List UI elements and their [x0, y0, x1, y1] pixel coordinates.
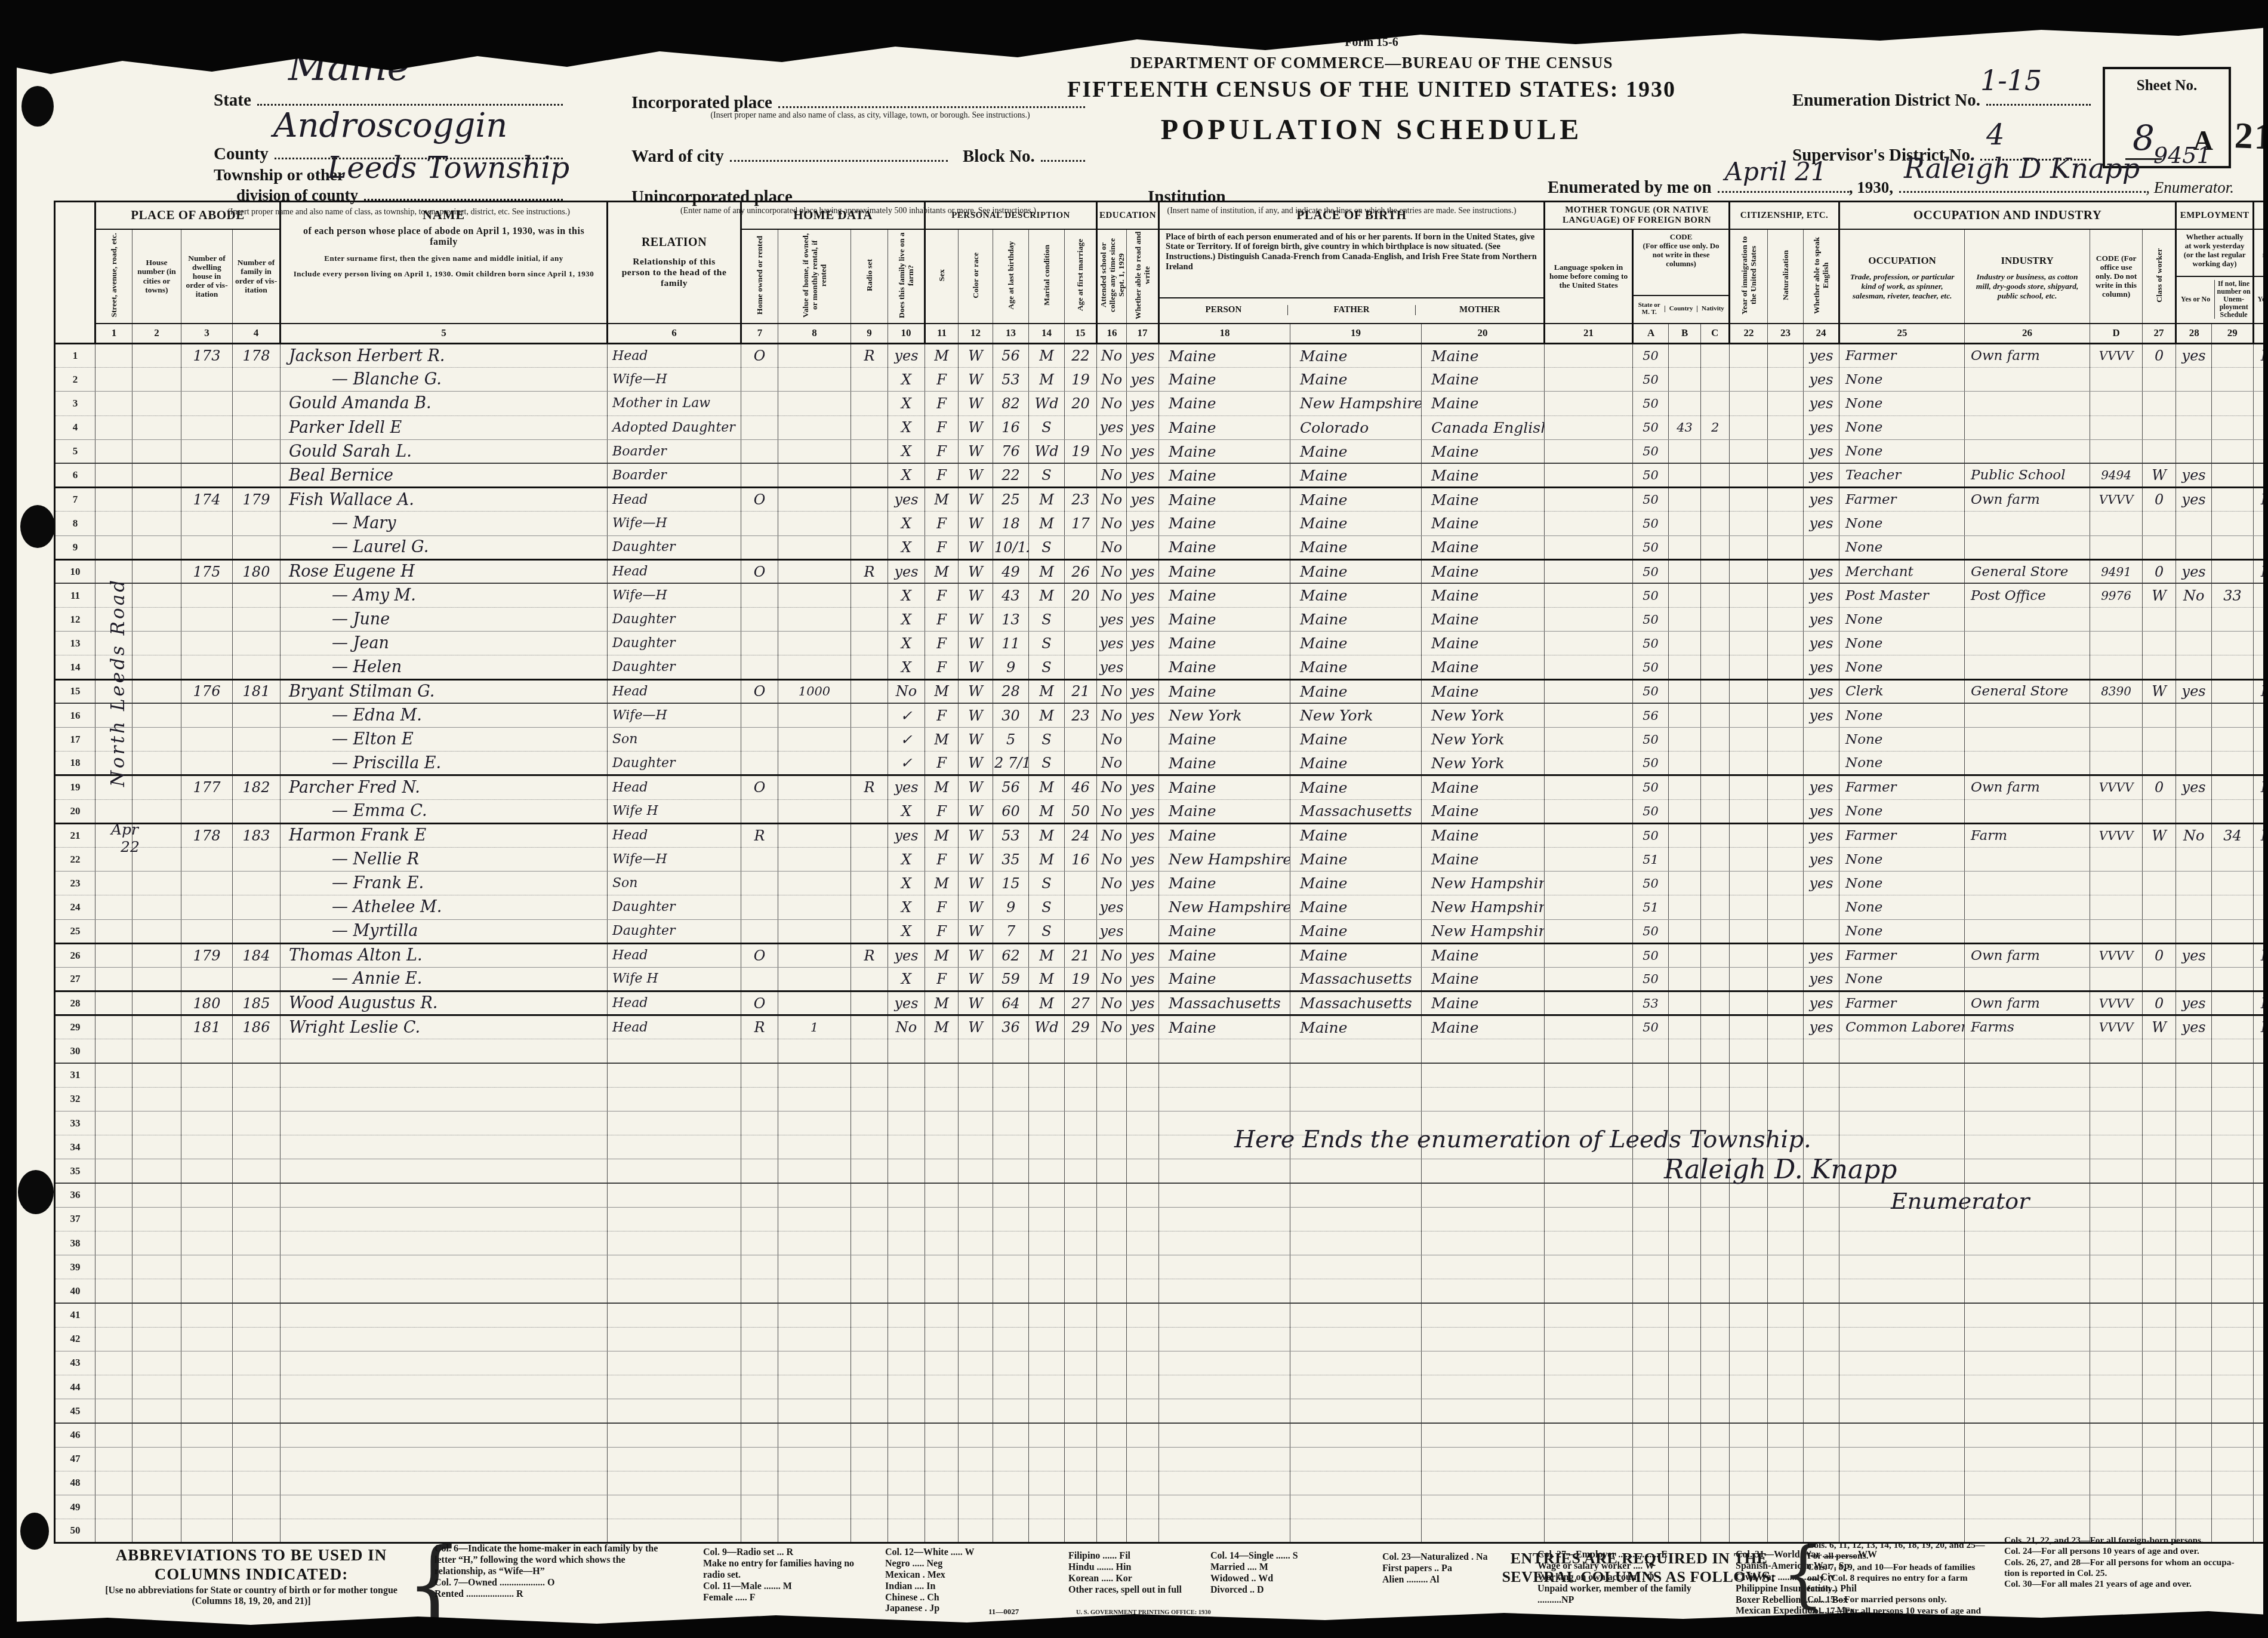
cell-c3: [181, 1135, 233, 1159]
cell-cB: [1669, 1495, 1701, 1519]
cell-c27: W: [2143, 1015, 2176, 1039]
cell-c5: — June: [281, 608, 608, 632]
cell-c21: [1545, 943, 1633, 967]
cell-c22: [1730, 943, 1768, 967]
cell-c4: [233, 1279, 281, 1303]
cell-cD: [2090, 439, 2143, 463]
cell-cC: [1701, 728, 1730, 752]
line-number: 43: [55, 1351, 95, 1375]
cell-c6: Daughter: [608, 535, 741, 559]
cell-c14: S: [1029, 895, 1065, 919]
cell-c17: [1127, 1423, 1159, 1447]
cell-c12: W: [959, 368, 993, 392]
cell-c8: [778, 703, 851, 727]
cell-c26: [1965, 368, 2090, 392]
cell-c24: [1804, 1231, 1839, 1255]
cell-c14: S: [1029, 463, 1065, 487]
cell-c10: yes: [888, 344, 925, 368]
cell-c29: [2212, 1447, 2254, 1471]
cell-c28: yes: [2176, 943, 2212, 967]
cell-cD: [2090, 1423, 2143, 1447]
cell-c19: [1290, 1327, 1422, 1351]
cell-c22: [1730, 1183, 1768, 1207]
cell-cB: [1669, 439, 1701, 463]
table-row: 12— JuneDaughterXFW13SyesyesMaineMaineMa…: [55, 608, 2268, 632]
cell-c8: [778, 415, 851, 439]
cell-c20: Maine: [1422, 608, 1545, 632]
cell-c6: Head: [608, 344, 741, 368]
cell-c12: [959, 1375, 993, 1399]
cell-c18: Maine: [1159, 439, 1290, 463]
col-header-speak-english: Whether able to speak English: [1804, 229, 1839, 324]
cell-c11: [925, 1375, 959, 1399]
cell-c7: [741, 1039, 778, 1063]
table-row: 21178183Harmon Frank EHeadRyesMW53M24Noy…: [55, 823, 2268, 847]
table-row: 13— JeanDaughterXFW11SyesyesMaineMaineMa…: [55, 632, 2268, 655]
cell-c23: [1768, 1303, 1804, 1327]
cell-c7: [741, 1255, 778, 1279]
cell-c19: [1290, 1303, 1422, 1327]
cell-c26: [1965, 1495, 2090, 1519]
table-row: 17— Elton ESon✓MW5SNoMaineMaineNew York5…: [55, 728, 2268, 752]
paper-sheet: Form 15-6 DEPARTMENT OF COMMERCE—BUREAU …: [17, 0, 2263, 1638]
cell-c22: [1730, 1303, 1768, 1327]
cell-c2: [132, 463, 181, 487]
cell-c17: [1127, 1471, 1159, 1495]
cell-c14: S: [1029, 535, 1065, 559]
cell-c11: F: [925, 847, 959, 871]
cell-c21: [1545, 919, 1633, 943]
cell-c18: Maine: [1159, 679, 1290, 703]
cell-c18: [1159, 1351, 1290, 1375]
cell-c10: X: [888, 872, 925, 895]
cell-c15: [1065, 1111, 1097, 1135]
cell-c16: No: [1097, 847, 1127, 871]
cell-c10: yes: [888, 559, 925, 583]
cell-c10: [888, 1255, 925, 1279]
cell-cD: [2090, 1279, 2143, 1303]
cell-c26: [1965, 872, 2090, 895]
cell-c16: No: [1097, 823, 1127, 847]
cell-c16: [1097, 1519, 1127, 1543]
cell-cC: [1701, 703, 1730, 727]
cell-c24: [1804, 1495, 1839, 1519]
cell-c21: [1545, 344, 1633, 368]
cell-c13: 15: [993, 872, 1029, 895]
cell-c2: [132, 1231, 181, 1255]
cell-c1: [95, 1471, 132, 1495]
cell-c15: [1065, 752, 1097, 775]
cell-c13: 5: [993, 728, 1029, 752]
line-number: 13: [55, 632, 95, 655]
cell-c2: [132, 1183, 181, 1207]
cell-c11: [925, 1063, 959, 1087]
cell-c27: [2143, 1447, 2176, 1471]
cell-c6: Son: [608, 728, 741, 752]
cell-cC: [1701, 559, 1730, 583]
cell-c14: M: [1029, 368, 1065, 392]
footer-col9-block: Col. 9—Radio set ... R Make no entry for…: [703, 1547, 870, 1603]
cell-c18: Maine: [1159, 823, 1290, 847]
cell-c11: F: [925, 919, 959, 943]
cell-c3: [181, 1231, 233, 1255]
cell-c8: [778, 992, 851, 1015]
cell-c2: [132, 967, 181, 991]
cell-c18: [1159, 1207, 1290, 1231]
cell-c9: [851, 1423, 888, 1447]
cell-c22: [1730, 679, 1768, 703]
cell-c22: [1730, 1279, 1768, 1303]
cell-c2: [132, 1519, 181, 1543]
cell-c12: W: [959, 919, 993, 943]
cell-c14: M: [1029, 703, 1065, 727]
cell-c29: [2212, 463, 2254, 487]
cell-c5: — Helen: [281, 655, 608, 679]
cell-c17: [1127, 535, 1159, 559]
cell-c2: [132, 872, 181, 895]
cell-c20: Maine: [1422, 775, 1545, 799]
cell-c29: [2212, 1063, 2254, 1087]
cell-cA: 50: [1633, 728, 1669, 752]
line-number: 40: [55, 1279, 95, 1303]
group-occupation-industry: OCCUPATION AND INDUSTRY: [1839, 202, 2176, 229]
cell-cC: 2: [1701, 415, 1730, 439]
cell-c17: yes: [1127, 799, 1159, 823]
cell-c19: [1290, 1231, 1422, 1255]
cell-c5: Harmon Frank E: [281, 823, 608, 847]
cell-c13: [993, 1351, 1029, 1375]
cell-c7: [741, 463, 778, 487]
cell-c21: [1545, 488, 1633, 512]
cell-c26: [1965, 1255, 2090, 1279]
cell-cC: [1701, 1279, 1730, 1303]
scan-left-edge: [0, 0, 17, 1638]
cell-c15: 23: [1065, 703, 1097, 727]
cell-c7: [741, 728, 778, 752]
cell-c29: [2212, 1303, 2254, 1327]
cell-c11: M: [925, 1015, 959, 1039]
cell-c18: [1159, 1255, 1290, 1279]
cell-c24: [1804, 1039, 1839, 1063]
cell-c25: [1839, 1231, 1965, 1255]
cell-c4: [233, 1351, 281, 1375]
cell-c4: [233, 415, 281, 439]
cell-c11: [925, 1519, 959, 1543]
cell-c22: [1730, 1375, 1768, 1399]
cell-c17: yes: [1127, 632, 1159, 655]
cell-c15: [1065, 1159, 1097, 1183]
cell-cB: [1669, 1327, 1701, 1351]
census-title: FIFTEENTH CENSUS OF THE UNITED STATES: 1…: [1013, 76, 1730, 103]
cell-c11: F: [925, 967, 959, 991]
name-sub1: of each person whose place of abode on A…: [282, 226, 605, 248]
cell-c28: [2176, 1351, 2212, 1375]
table-row: 4Parker Idell EAdopted DaughterXFW16Syes…: [55, 415, 2268, 439]
cell-c4: [233, 535, 281, 559]
cell-c15: [1065, 1399, 1097, 1423]
cell-c12: [959, 1279, 993, 1303]
cell-c20: Maine: [1422, 368, 1545, 392]
cell-c19: [1290, 1399, 1422, 1423]
cell-c16: [1097, 1279, 1127, 1303]
cell-c15: 26: [1065, 559, 1097, 583]
cell-c9: R: [851, 943, 888, 967]
incorporated-field: Incorporated place: [631, 93, 1085, 113]
cell-c26: General Store: [1965, 559, 2090, 583]
cell-c27: [2143, 872, 2176, 895]
cell-c17: yes: [1127, 392, 1159, 415]
line-number: 46: [55, 1423, 95, 1447]
cell-c13: [993, 1231, 1029, 1255]
cell-c26: [1965, 752, 2090, 775]
cell-c7: O: [741, 559, 778, 583]
cell-c29: [2212, 344, 2254, 368]
cell-cC: [1701, 943, 1730, 967]
cell-c8: [778, 872, 851, 895]
cell-c2: [132, 1279, 181, 1303]
cell-cC: [1701, 1255, 1730, 1279]
cell-c5: — Athelee M.: [281, 895, 608, 919]
cell-c14: [1029, 1471, 1065, 1495]
cell-c2: [132, 1159, 181, 1183]
cell-c29: [2212, 512, 2254, 535]
cell-c11: F: [925, 512, 959, 535]
cell-c29: [2212, 992, 2254, 1015]
cell-c26: Own farm: [1965, 775, 2090, 799]
cell-c10: X: [888, 608, 925, 632]
cell-c3: [181, 1399, 233, 1423]
cell-c4: [233, 368, 281, 392]
col-header-code-abc: CODE(For office use only. Do not write i…: [1633, 229, 1730, 324]
cell-c3: [181, 872, 233, 895]
cell-c24: [1804, 1423, 1839, 1447]
cell-c4: [233, 872, 281, 895]
cell-c26: [1965, 392, 2090, 415]
cell-c3: [181, 655, 233, 679]
cell-c20: Maine: [1422, 655, 1545, 679]
cell-c19: Maine: [1290, 439, 1422, 463]
cell-c5: Parker Idell E: [281, 415, 608, 439]
cell-c25: None: [1839, 512, 1965, 535]
cell-cB: [1669, 919, 1701, 943]
cell-c6: [608, 1159, 741, 1183]
cell-c29: [2212, 895, 2254, 919]
cell-c8: [778, 1279, 851, 1303]
cell-c24: yes: [1804, 775, 1839, 799]
cell-c11: [925, 1399, 959, 1423]
cell-c10: [888, 1087, 925, 1111]
cell-c28: [2176, 392, 2212, 415]
cell-c7: [741, 392, 778, 415]
cell-cC: [1701, 1327, 1730, 1351]
cell-cD: [2090, 1303, 2143, 1327]
cell-c2: [132, 943, 181, 967]
cell-c24: [1804, 1327, 1839, 1351]
cell-c16: No: [1097, 752, 1127, 775]
cell-c8: [778, 847, 851, 871]
cell-cA: [1633, 1231, 1669, 1255]
cell-c1: [95, 1063, 132, 1087]
cell-c24: [1804, 1351, 1839, 1375]
cell-c27: 0: [2143, 992, 2176, 1015]
cell-c10: No: [888, 679, 925, 703]
cell-c21: [1545, 559, 1633, 583]
cell-c29: [2212, 1231, 2254, 1255]
cell-c11: [925, 1183, 959, 1207]
cell-c16: yes: [1097, 632, 1127, 655]
cell-c4: [233, 1231, 281, 1255]
cell-c16: No: [1097, 512, 1127, 535]
cell-cD: [2090, 1447, 2143, 1471]
cell-c25: None: [1839, 655, 1965, 679]
cell-cC: [1701, 392, 1730, 415]
cell-c28: [2176, 1471, 2212, 1495]
cell-c4: 180: [233, 559, 281, 583]
cell-c9: [851, 1399, 888, 1423]
line-number: 31: [55, 1063, 95, 1087]
cell-c22: [1730, 1039, 1768, 1063]
line-number: 25: [55, 919, 95, 943]
cell-c22: [1730, 752, 1768, 775]
cell-c15: [1065, 608, 1097, 632]
cell-c25: Teacher: [1839, 463, 1965, 487]
cell-c11: [925, 1423, 959, 1447]
cell-c13: 10/12: [993, 535, 1029, 559]
cell-c23: [1768, 967, 1804, 991]
table-row: 4343: [55, 1351, 2268, 1375]
cell-c12: W: [959, 967, 993, 991]
cell-c6: Head: [608, 1015, 741, 1039]
cell-c23: [1768, 1231, 1804, 1255]
cell-c14: [1029, 1351, 1065, 1375]
cell-c21: [1545, 1303, 1633, 1327]
col-header-attended-school: Attended school or college any time sinc…: [1097, 229, 1127, 324]
cell-cA: [1633, 1351, 1669, 1375]
cell-c25: Farmer: [1839, 943, 1965, 967]
cell-cC: [1701, 1375, 1730, 1399]
cell-c28: [2176, 728, 2212, 752]
cell-c16: yes: [1097, 415, 1127, 439]
cell-c7: [741, 1111, 778, 1135]
cell-c3: [181, 415, 233, 439]
cell-c13: 13: [993, 608, 1029, 632]
cell-c17: [1127, 1327, 1159, 1351]
cell-c7: [741, 1303, 778, 1327]
cell-c21: [1545, 415, 1633, 439]
cell-c10: [888, 1423, 925, 1447]
cell-c4: 179: [233, 488, 281, 512]
col-header-class-of-worker: Class of worker: [2143, 229, 2176, 324]
cell-c24: [1804, 535, 1839, 559]
cell-c1: [95, 1231, 132, 1255]
cell-cB: [1669, 1351, 1701, 1375]
cell-c13: 59: [993, 967, 1029, 991]
cell-c13: 22: [993, 463, 1029, 487]
line-number: 50: [55, 1519, 95, 1543]
cell-c4: [233, 1399, 281, 1423]
cell-c18: New Hampshire: [1159, 895, 1290, 919]
cell-c3: 180: [181, 992, 233, 1015]
cell-c25: None: [1839, 872, 1965, 895]
cell-c1: [95, 392, 132, 415]
line-number: 34: [55, 1135, 95, 1159]
cell-c12: [959, 1399, 993, 1423]
cell-c20: [1422, 1303, 1545, 1327]
cell-c25: None: [1839, 703, 1965, 727]
cell-cC: [1701, 344, 1730, 368]
cell-c8: [778, 463, 851, 487]
cell-c5: [281, 1327, 608, 1351]
cell-c19: Maine: [1290, 463, 1422, 487]
cell-c13: 60: [993, 799, 1029, 823]
cell-c24: [1804, 895, 1839, 919]
cell-c23: [1768, 799, 1804, 823]
cell-c6: [608, 1375, 741, 1399]
cell-c29: [2212, 415, 2254, 439]
cell-c13: 7: [993, 919, 1029, 943]
cell-c20: [1422, 1183, 1545, 1207]
cell-c3: [181, 392, 233, 415]
cell-c3: [181, 1039, 233, 1063]
cell-c6: [608, 1447, 741, 1471]
cell-c25: None: [1839, 967, 1965, 991]
cell-c27: [2143, 752, 2176, 775]
cell-c3: [181, 1207, 233, 1231]
cell-cD: [2090, 1375, 2143, 1399]
cell-c9: [851, 1471, 888, 1495]
cell-c14: S: [1029, 632, 1065, 655]
cell-c3: [181, 799, 233, 823]
cell-c4: [233, 967, 281, 991]
cell-cD: VVVV: [2090, 992, 2143, 1015]
cell-c7: [741, 1183, 778, 1207]
table-row: 3232: [55, 1087, 2268, 1111]
line-number: 22: [55, 847, 95, 871]
cell-c6: Wife—H: [608, 703, 741, 727]
cell-c7: [741, 1087, 778, 1111]
cell-c18: [1159, 1375, 1290, 1399]
cell-cC: [1701, 775, 1730, 799]
cell-c10: X: [888, 512, 925, 535]
cell-c14: [1029, 1111, 1065, 1135]
cell-c18: [1159, 1063, 1290, 1087]
cell-c27: W: [2143, 583, 2176, 607]
cell-c1: [95, 1087, 132, 1111]
scan-right-edge: [2263, 0, 2268, 1638]
cell-c15: 23: [1065, 488, 1097, 512]
cell-c19: Maine: [1290, 368, 1422, 392]
cell-c2: [132, 1471, 181, 1495]
cell-c16: No: [1097, 679, 1127, 703]
cell-c24: [1804, 1063, 1839, 1087]
line-number: 9: [55, 535, 95, 559]
cell-c27: [2143, 1207, 2176, 1231]
cell-cD: 9976: [2090, 583, 2143, 607]
cell-c22: [1730, 463, 1768, 487]
cell-c22: [1730, 1519, 1768, 1543]
col-header-name: NAME of each person whose place of abode…: [281, 202, 608, 324]
cell-c7: [741, 1423, 778, 1447]
cell-c12: W: [959, 583, 993, 607]
cell-c2: [132, 632, 181, 655]
line-number: 27: [55, 967, 95, 991]
cell-c13: [993, 1495, 1029, 1519]
line-number: 14: [55, 655, 95, 679]
column-number-row: 1234 56 78910 1112131415 1617 181920 21 …: [55, 324, 2268, 344]
cell-c27: [2143, 799, 2176, 823]
cell-c23: [1768, 655, 1804, 679]
cell-c22: [1730, 895, 1768, 919]
